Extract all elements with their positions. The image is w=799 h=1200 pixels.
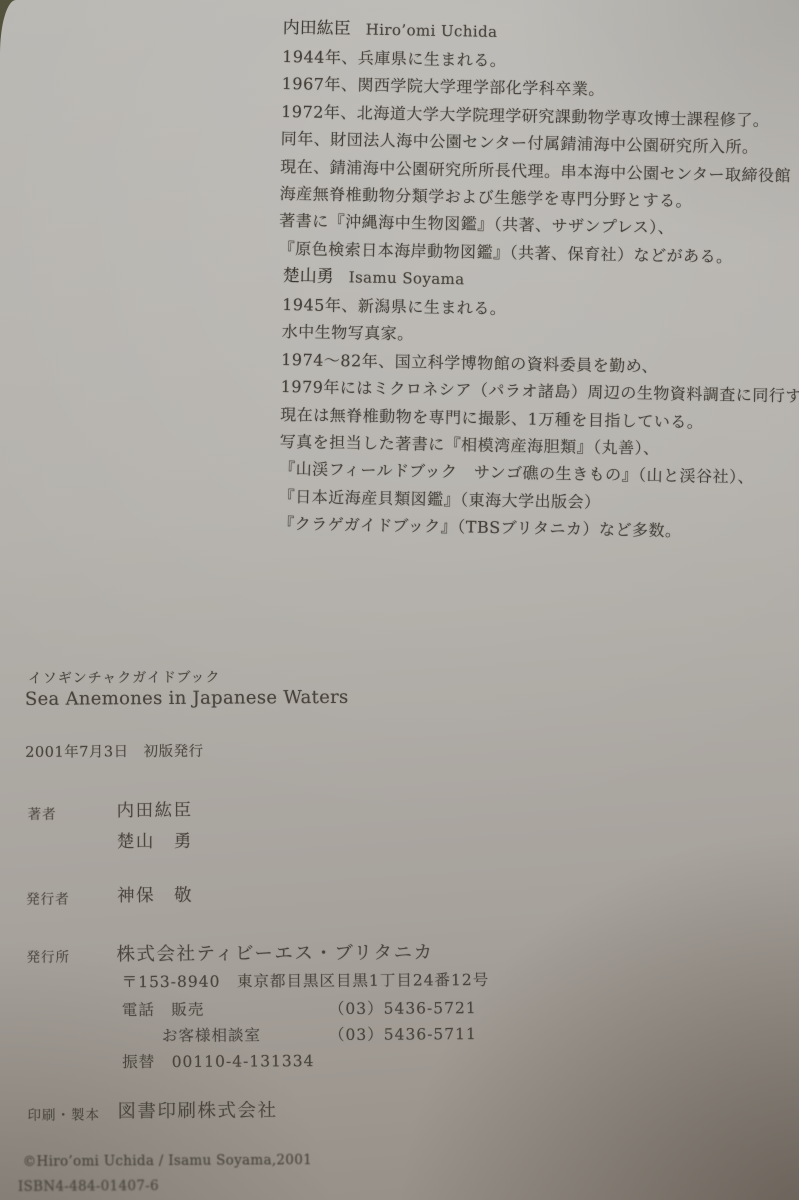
tel-sales-number: （03）5436-5721 [329,996,477,1019]
copyright-line: ©Hiro’omi Uchida / Isamu Soyama,2001 [23,1152,312,1170]
colophon-author-1: 内田紘臣 [117,797,193,822]
book-title-ja: イソギンチャクガイドブック [28,667,221,688]
book-colophon-photo: 内田紘臣Hiro’omi Uchida 1944年、兵庫県に生まれる。 1967… [0,0,799,1200]
postal-transfer: 振替 00110-4-131334 [122,1049,314,1072]
isbn-line: ISBN4-484-01407-6 [18,1178,159,1195]
authors-label: 著者 [28,803,57,823]
publisher-address: 〒153-8940 東京都目黒区目黒1丁目24番12号 [122,968,490,992]
edition-line: 2001年7月3日 初版発行 [25,740,203,762]
printer-label: 印刷・製本 [27,1103,100,1123]
colophon-block: イソギンチャクガイドブック Sea Anemones in Japanese W… [0,0,799,1200]
book-title-en: Sea Anemones in Japanese Waters [25,687,349,710]
printer-name: 図書印刷株式会社 [117,1096,277,1123]
publisher-person: 神保 敬 [117,882,193,907]
colophon-author-2: 楚山 勇 [117,828,193,853]
publisher-name: 株式会社ティビーエス・ブリタニカ [116,938,433,966]
tel-sales-label: 電話 販売 [122,998,205,1021]
tel-support-number: （03）5436-5711 [329,1022,477,1045]
support-label: お客様相談室 [162,1023,261,1046]
publisher-label: 発行所 [26,946,70,966]
publisher-person-label: 発行者 [26,888,70,908]
paper-page: 内田紘臣Hiro’omi Uchida 1944年、兵庫県に生まれる。 1967… [0,0,799,1200]
